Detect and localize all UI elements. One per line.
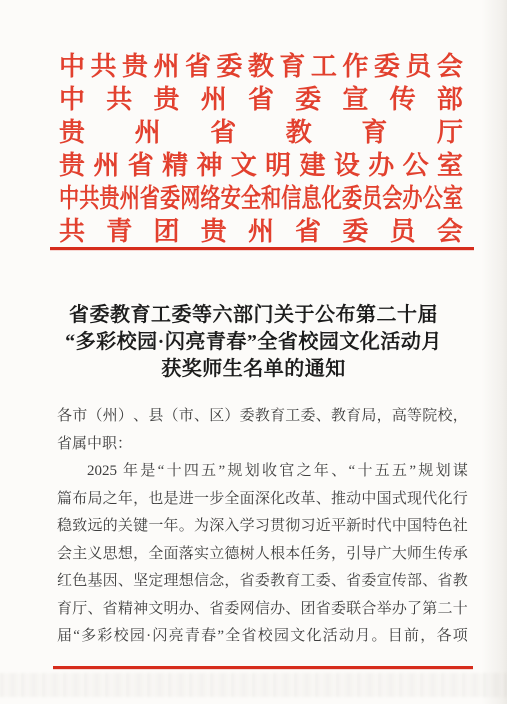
letterhead-org-5: 中共贵州省委网络安全和信息化委员会办公室: [59, 182, 463, 215]
document-title: 省委教育工委等六部门关于公布第二十届 “多彩校园·闪亮青春”全省校园文化活动月 …: [0, 302, 507, 383]
letterhead-org-6: 共青团贵州省委员会: [59, 215, 463, 248]
letterhead: 中共贵州省委教育工作委员会 中共贵州省委宣传部 贵州省教育厅 贵州省精神文明建设…: [59, 50, 463, 248]
letterhead-org-3: 贵州省教育厅: [59, 116, 463, 149]
paragraph-line-5: 红色基因、坚定理想信念，省委教育工委、省委宣传部、省教: [57, 568, 468, 596]
letterhead-org-1: 中共贵州省委教育工作委员会: [59, 50, 463, 83]
paragraph-line-7: 届“多彩校园·闪亮青春”全省校园文化活动月。目前，各项: [57, 623, 468, 651]
letterhead-org-4: 贵州省精神文明建设办公室: [59, 149, 463, 182]
paragraph-line-4: 会主义思想，全面落实立德树人根本任务，引导广大师生传承: [57, 541, 468, 569]
salutation-line-1: 各市（州）、县（市、区）委教育工委、教育局，高等院校，: [57, 403, 468, 431]
title-line-3: 获奖师生名单的通知: [0, 356, 507, 383]
paragraph-line-2: 篇布局之年，也是进一步全面深化改革、推动中国式现代化行: [57, 486, 468, 514]
document-body: 各市（州）、县（市、区）委教育工委、教育局，高等院校， 省属中职： 2025 年…: [57, 403, 468, 651]
paragraph-line-1: 2025 年是“十四五”规划收官之年、“十五五”规划谋: [57, 458, 468, 486]
paragraph-line-6: 育厅、省精神文明办、省委网信办、团省委联合举办了第二十: [57, 596, 468, 624]
scan-texture: [0, 673, 507, 697]
letterhead-org-5-text: 中共贵州省委网络安全和信息化委员会办公室: [59, 182, 463, 215]
letterhead-divider-rule: [50, 247, 474, 250]
letterhead-org-2: 中共贵州省委宣传部: [59, 83, 463, 116]
title-line-2: “多彩校园·闪亮青春”全省校园文化活动月: [0, 329, 507, 356]
title-line-1: 省委教育工委等六部门关于公布第二十届: [0, 302, 507, 329]
paragraph-line-3: 稳致远的关键一年。为深入学习贯彻习近平新时代中国特色社: [57, 513, 468, 541]
document-page: 中共贵州省委教育工作委员会 中共贵州省委宣传部 贵州省教育厅 贵州省精神文明建设…: [0, 0, 507, 704]
salutation-line-2: 省属中职：: [57, 431, 468, 459]
footer-divider-rule: [53, 666, 473, 669]
